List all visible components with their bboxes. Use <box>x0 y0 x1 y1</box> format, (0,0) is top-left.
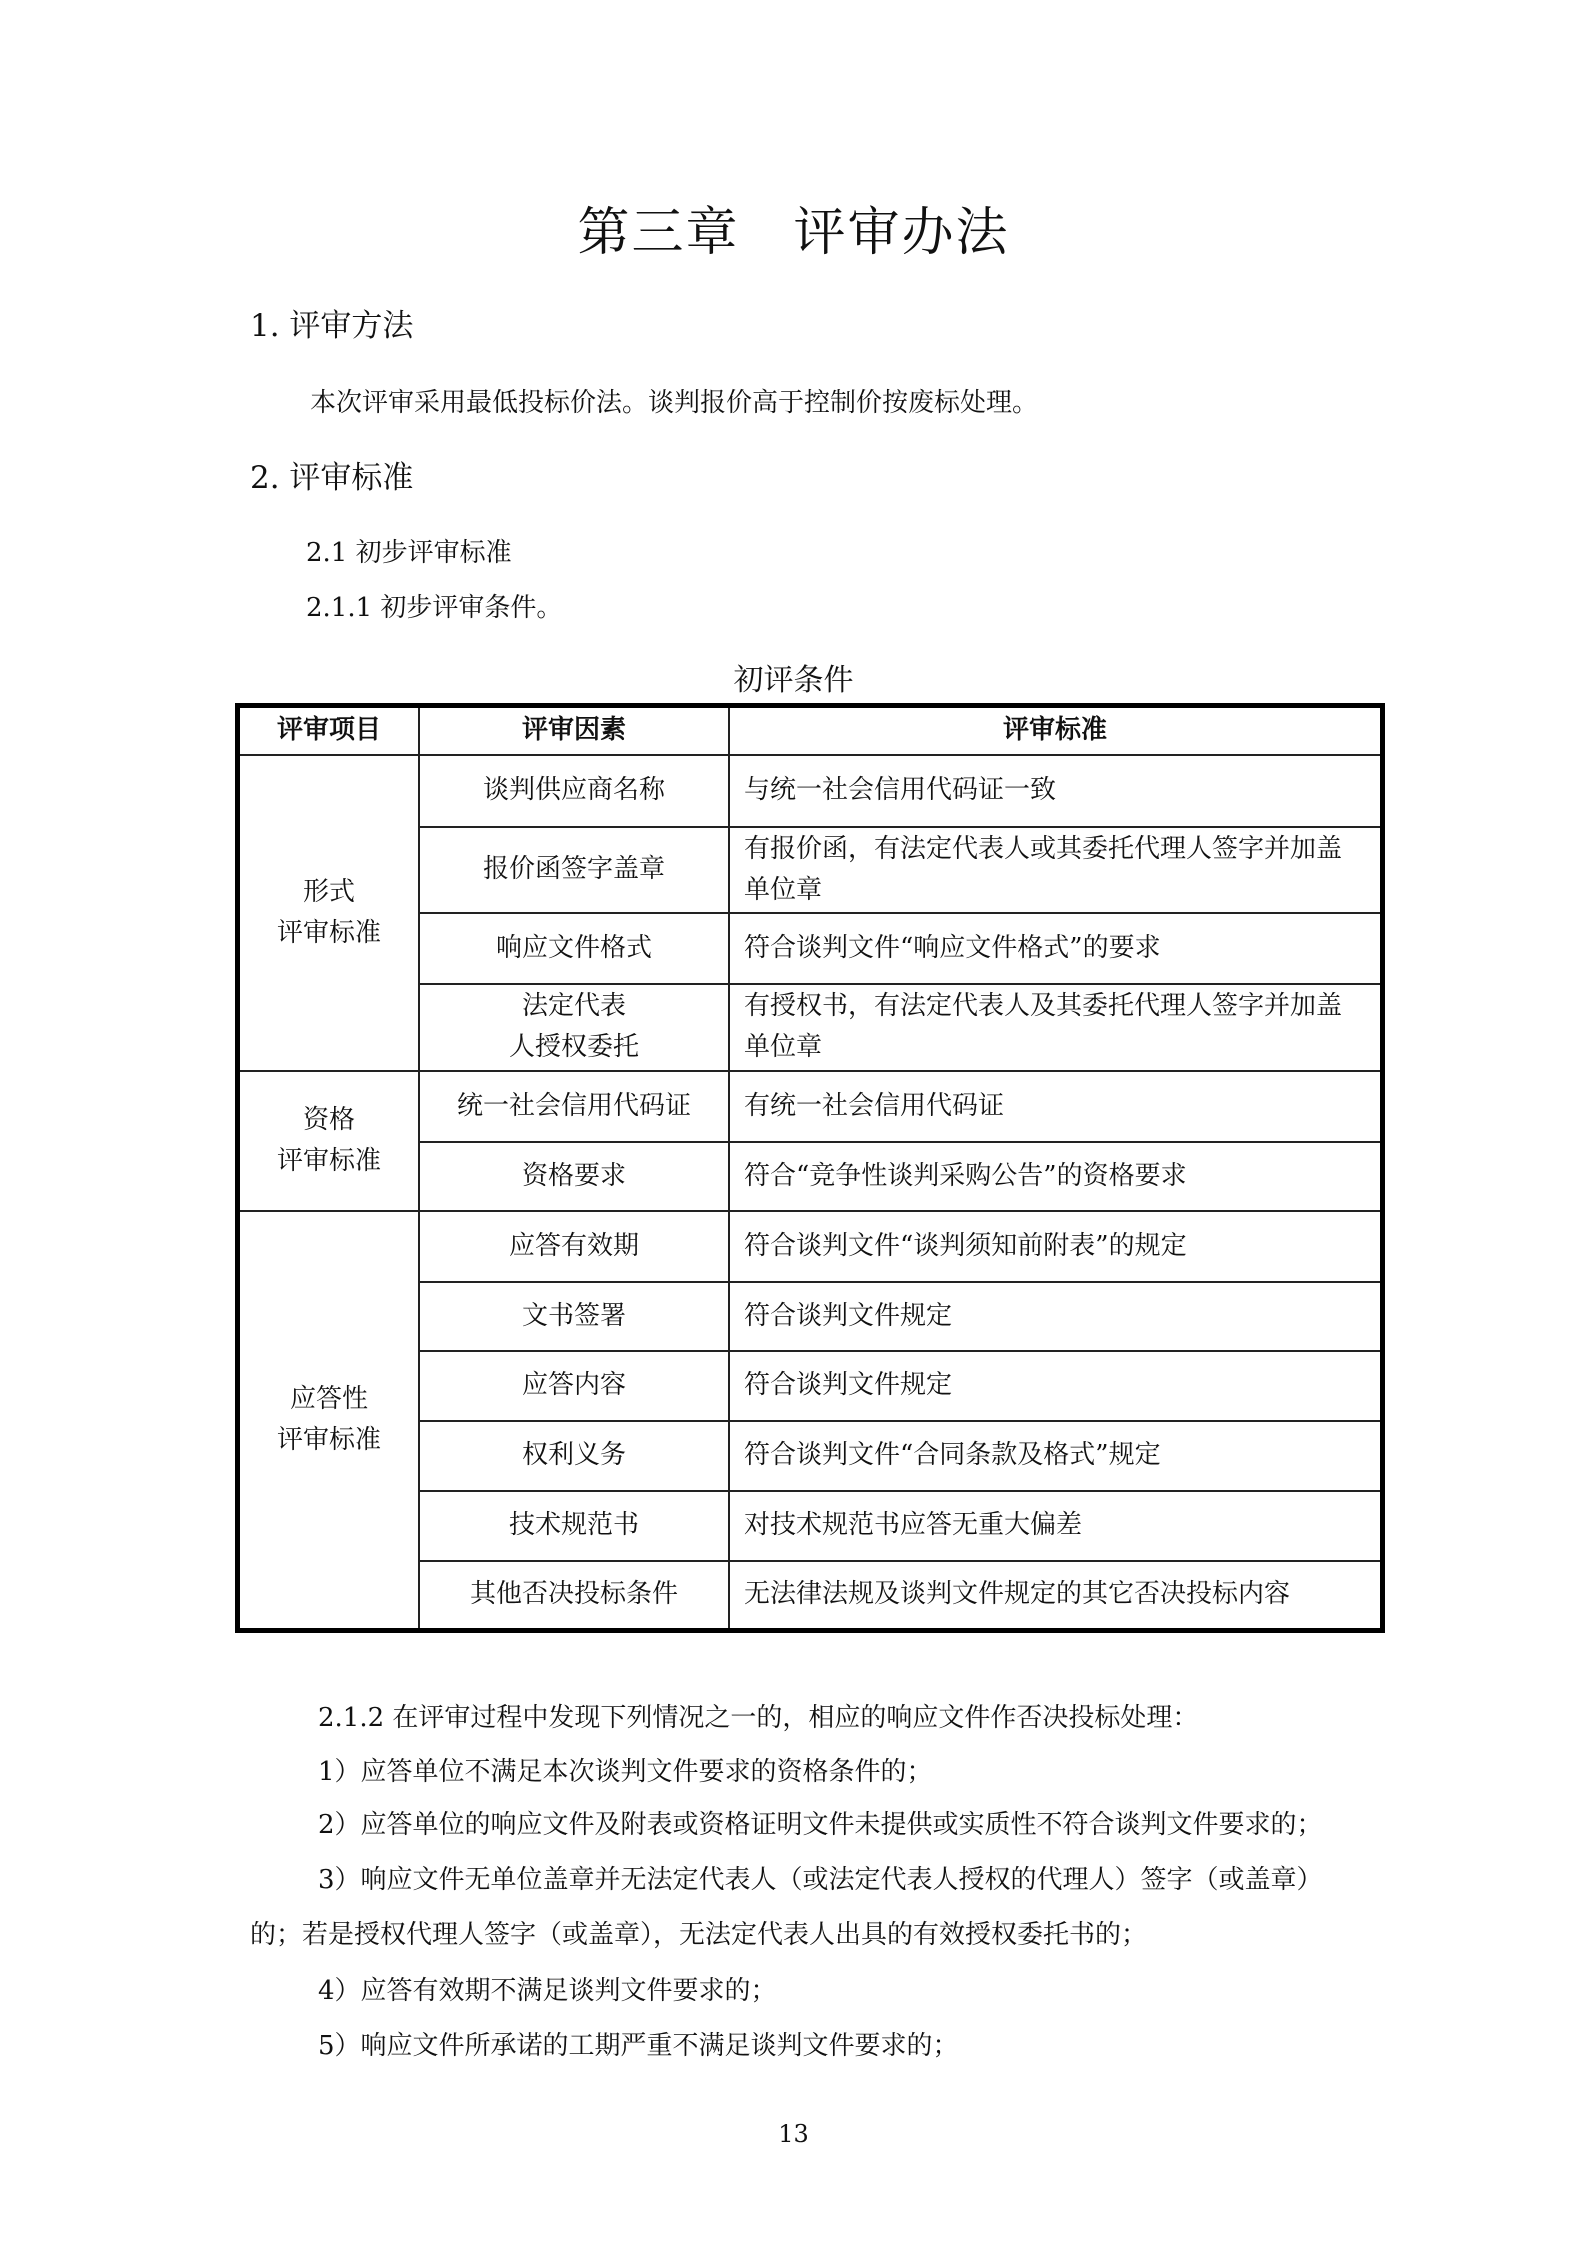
factor-cell: 技术规范书 <box>419 1491 729 1561</box>
table-caption: 初评条件 <box>0 655 1587 699</box>
header-standard: 评审标准 <box>729 706 1383 755</box>
factor-line: 法定代表 <box>434 986 714 1027</box>
standard-cell: 符合谈判文件“响应文件格式”的要求 <box>729 913 1383 984</box>
section-heading-standards: 2. 评审标准 <box>250 452 413 497</box>
factor-cell: 文书签署 <box>419 1282 729 1351</box>
group-label-line: 应答性 <box>254 1379 404 1420</box>
rejection-item-5: 5）响应文件所承诺的工期严重不满足谈判文件要求的； <box>318 2025 959 2062</box>
factor-cell: 报价函签字盖章 <box>419 827 729 913</box>
method-paragraph: 本次评审采用最低投标价法。谈判报价高于控制价按废标处理。 <box>310 382 1038 419</box>
factor-cell: 统一社会信用代码证 <box>419 1071 729 1142</box>
factor-cell: 其他否决投标条件 <box>419 1561 729 1631</box>
table-header-row: 评审项目 评审因素 评审标准 <box>238 706 1383 755</box>
group-label-line: 形式 <box>254 872 404 913</box>
rejection-intro: 2.1.2 在评审过程中发现下列情况之一的，相应的响应文件作否决投标处理： <box>318 1697 1198 1734</box>
standard-cell: 符合谈判文件规定 <box>729 1351 1383 1421</box>
chapter-title: 第三章 评审办法 <box>0 190 1587 265</box>
header-item: 评审项目 <box>238 706 420 755</box>
subsection-preliminary-conditions: 2.1.1 初步评审条件。 <box>306 587 562 624</box>
factor-cell: 应答内容 <box>419 1351 729 1421</box>
header-factor: 评审因素 <box>419 706 729 755</box>
standard-cell: 有授权书，有法定代表人及其委托代理人签字并加盖单位章 <box>729 984 1383 1071</box>
factor-cell: 谈判供应商名称 <box>419 755 729 827</box>
subsection-preliminary-standards: 2.1 初步评审标准 <box>306 532 512 569</box>
criteria-table: 评审项目 评审因素 评审标准 形式 评审标准 谈判供应商名称 与统一社会信用代码… <box>235 703 1385 1633</box>
group-label-line: 资格 <box>254 1100 404 1141</box>
factor-cell: 应答有效期 <box>419 1211 729 1282</box>
standard-cell: 对技术规范书应答无重大偏差 <box>729 1491 1383 1561</box>
standard-cell: 符合谈判文件“谈判须知前附表”的规定 <box>729 1211 1383 1282</box>
standard-cell: 与统一社会信用代码证一致 <box>729 755 1383 827</box>
table-row: 资格 评审标准 统一社会信用代码证 有统一社会信用代码证 <box>238 1071 1383 1142</box>
rejection-item-2: 2）应答单位的响应文件及附表或资格证明文件未提供或实质性不符合谈判文件要求的； <box>318 1804 1323 1841</box>
factor-cell: 权利义务 <box>419 1421 729 1491</box>
standard-cell: 符合“竞争性谈判采购公告”的资格要求 <box>729 1142 1383 1211</box>
rejection-item-1: 1）应答单位不满足本次谈判文件要求的资格条件的； <box>318 1751 933 1788</box>
factor-cell: 法定代表 人授权委托 <box>419 984 729 1071</box>
group-item-form: 形式 评审标准 <box>238 755 420 1071</box>
standard-cell: 符合谈判文件规定 <box>729 1282 1383 1351</box>
standard-cell: 有统一社会信用代码证 <box>729 1071 1383 1142</box>
standard-cell: 符合谈判文件“合同条款及格式”规定 <box>729 1421 1383 1491</box>
group-item-responsiveness: 应答性 评审标准 <box>238 1211 420 1631</box>
group-item-qualification: 资格 评审标准 <box>238 1071 420 1211</box>
factor-line: 人授权委托 <box>434 1027 714 1068</box>
rejection-item-3-continuation: 的；若是授权代理人签字（或盖章），无法定代表人出具的有效授权委托书的； <box>250 1914 1147 1951</box>
group-label-line: 评审标准 <box>254 1141 404 1182</box>
factor-cell: 资格要求 <box>419 1142 729 1211</box>
group-label-line: 评审标准 <box>254 913 404 954</box>
rejection-item-4: 4）应答有效期不满足谈判文件要求的； <box>318 1970 777 2007</box>
rejection-item-3: 3）响应文件无单位盖章并无法定代表人（或法定代表人授权的代理人）签字（或盖章） <box>318 1859 1323 1896</box>
page-number: 13 <box>0 2120 1587 2148</box>
table-row: 应答性 评审标准 应答有效期 符合谈判文件“谈判须知前附表”的规定 <box>238 1211 1383 1282</box>
standard-cell: 无法律法规及谈判文件规定的其它否决投标内容 <box>729 1561 1383 1631</box>
factor-cell: 响应文件格式 <box>419 913 729 984</box>
group-label-line: 评审标准 <box>254 1420 404 1461</box>
standard-cell: 有报价函，有法定代表人或其委托代理人签字并加盖单位章 <box>729 827 1383 913</box>
table-row: 形式 评审标准 谈判供应商名称 与统一社会信用代码证一致 <box>238 755 1383 827</box>
section-heading-method: 1. 评审方法 <box>250 300 413 345</box>
